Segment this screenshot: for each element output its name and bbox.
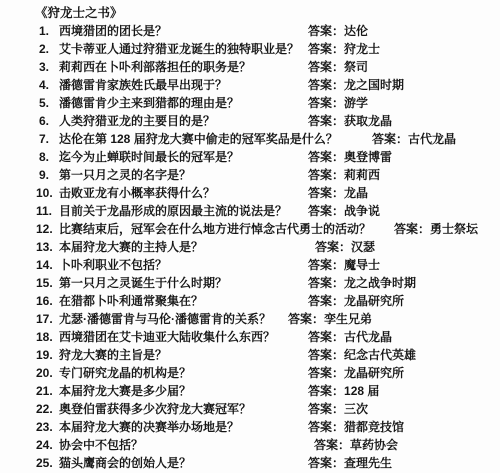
question-text: 比赛结束后，冠军会在什么地方进行悼念古代勇士的活动？	[59, 222, 371, 236]
answer: 答案：达伦	[308, 22, 368, 40]
answer: 答案：战争说	[308, 202, 380, 220]
answer-text: 猎都竞技馆	[344, 420, 404, 434]
question-number: 22.	[36, 400, 59, 418]
qa-row-9: 9.第一只月之灵的名字是？答案：莉莉西	[0, 166, 500, 184]
qa-row-16: 16.在猎都卜卟利通常聚集在？答案：龙晶研究所	[0, 292, 500, 310]
answer: 答案：草药协会	[314, 436, 398, 454]
answer-prefix: 答案：	[308, 276, 344, 290]
question-text: 人类狩猎亚龙的主要目的是？	[59, 114, 215, 128]
answer-prefix: 答案：	[315, 240, 351, 254]
answer: 答案：128 届	[308, 382, 379, 400]
answer-prefix: 答案：	[308, 96, 344, 110]
answer-text: 魔导士	[344, 258, 380, 272]
answer-prefix: 答案：	[308, 24, 344, 38]
answer-text: 古代龙晶	[408, 132, 456, 146]
answer-text: 三次	[344, 402, 368, 416]
qa-row-22: 22.奥登伯雷获得多少次狩龙大赛冠军？答案：三次	[0, 400, 500, 418]
answer-prefix: 答案：	[308, 150, 344, 164]
question-text: 专门研究龙晶的机构是？	[59, 366, 191, 380]
question-text: 奥登伯雷获得多少次狩龙大赛冠军？	[59, 402, 251, 416]
answer: 答案：纪念古代英雄	[308, 346, 416, 364]
question-text: 协会中不包括？	[59, 438, 143, 452]
answer-text: 游学	[344, 96, 368, 110]
question-text: 尤瑟·潘德雷肯与马伦·潘德雷肯的关系？	[59, 312, 271, 326]
answer-prefix: 答案：	[308, 348, 344, 362]
answer-prefix: 答案：	[308, 456, 344, 470]
answer-prefix: 答案：	[308, 402, 344, 416]
answer: 答案：勇士祭坛	[394, 220, 478, 238]
answer-text: 获取龙晶	[344, 114, 392, 128]
question-number: 11.	[36, 202, 59, 220]
question-number: 14.	[36, 256, 59, 274]
answer-text: 战争说	[344, 204, 380, 218]
answer-text: 128 届	[344, 384, 379, 398]
question-number: 18.	[36, 328, 59, 346]
answer-text: 查理先生	[344, 456, 392, 470]
question-text: 迄今为止蝉联时间最长的冠军是？	[59, 150, 239, 164]
answer-prefix: 答案：	[394, 222, 430, 236]
answer: 答案：龙晶研究所	[308, 292, 404, 310]
answer-text: 龙晶研究所	[344, 294, 404, 308]
answer-prefix: 答案：	[308, 168, 344, 182]
qa-row-18: 18.西境猎团在艾卡迪亚大陆收集什么东西？答案：古代龙晶	[0, 328, 500, 346]
question-text: 猫头鹰商会的创始人是？	[59, 456, 191, 470]
qa-row-21: 21.本届狩龙大赛是多少届？答案：128 届	[0, 382, 500, 400]
question-text: 第一只月之灵诞生于什么时期？	[59, 276, 227, 290]
question-text: 潘德雷肯少主来到猎都的理由是？	[59, 96, 239, 110]
answer-prefix: 答案：	[314, 438, 350, 452]
answer-text: 龙晶	[344, 186, 368, 200]
answer-text: 勇士祭坛	[430, 222, 478, 236]
qa-row-24: 24.协会中不包括？答案：草药协会	[0, 436, 500, 454]
answer-text: 孪生兄弟	[324, 312, 372, 326]
question-text: 在猎都卜卟利通常聚集在？	[59, 294, 203, 308]
answer-prefix: 答案：	[308, 420, 344, 434]
qa-row-2: 2.艾卡蒂亚人通过狩猎亚龙诞生的独特职业是？答案：狩龙士	[0, 40, 500, 58]
answer-prefix: 答案：	[308, 294, 344, 308]
question-text: 潘德雷肯家族姓氏最早出现于？	[59, 78, 227, 92]
question-number: 6.	[36, 112, 59, 130]
qa-row-8: 8.迄今为止蝉联时间最长的冠军是？答案：奥登博雷	[0, 148, 500, 166]
qa-row-5: 5.潘德雷肯少主来到猎都的理由是？答案：游学	[0, 94, 500, 112]
question-number: 5.	[36, 94, 59, 112]
answer: 答案：获取龙晶	[308, 112, 392, 130]
question-text: 狩龙大赛的主旨是？	[59, 348, 167, 362]
question-text: 莉莉西在卜卟利部落担任的职务是？	[59, 60, 251, 74]
question-number: 21.	[36, 382, 59, 400]
qa-row-1: 1.西境猎团的团长是？答案：达伦	[0, 22, 500, 40]
question-number: 13.	[36, 238, 59, 256]
answer-prefix: 答案：	[308, 78, 344, 92]
question-text: 本届狩龙大赛是多少届？	[59, 384, 191, 398]
answer: 答案：龙之国时期	[308, 76, 404, 94]
answer-text: 狩龙士	[344, 42, 380, 56]
question-text: 达伦在第 128 届狩龙大赛中偷走的冠军奖品是什么？	[59, 132, 338, 146]
answer-prefix: 答案：	[308, 258, 344, 272]
question-number: 3.	[36, 58, 59, 76]
question-text: 目前关于龙晶形成的原因最主流的说法是？	[59, 204, 287, 218]
qa-row-15: 15.第一只月之灵诞生于什么时期？答案：龙之战争时期	[0, 274, 500, 292]
answer: 答案：古代龙晶	[308, 328, 392, 346]
question-number: 17.	[36, 310, 59, 328]
answer-text: 汉瑟	[351, 240, 375, 254]
question-number: 4.	[36, 76, 59, 94]
answer-text: 祭司	[344, 60, 368, 74]
qa-row-13: 13.本届狩龙大赛的主持人是？答案：汉瑟	[0, 238, 500, 256]
answer-prefix: 答案：	[308, 60, 344, 74]
answer: 答案：狩龙士	[308, 40, 380, 58]
answer-text: 古代龙晶	[344, 330, 392, 344]
question-number: 16.	[36, 292, 59, 310]
question-text: 艾卡蒂亚人通过狩猎亚龙诞生的独特职业是？	[59, 42, 299, 56]
qa-row-3: 3.莉莉西在卜卟利部落担任的职务是？答案：祭司	[0, 58, 500, 76]
qa-row-19: 19.狩龙大赛的主旨是？答案：纪念古代英雄	[0, 346, 500, 364]
qa-row-4: 4.潘德雷肯家族姓氏最早出现于？答案：龙之国时期	[0, 76, 500, 94]
question-text: 本届狩龙大赛的主持人是？	[59, 240, 203, 254]
qa-row-14: 14.卜卟利职业不包括？答案：魔导士	[0, 256, 500, 274]
answer-prefix: 答案：	[308, 330, 344, 344]
question-number: 25.	[36, 454, 59, 472]
answer: 答案：三次	[308, 400, 368, 418]
page-title: 《狩龙士之书》	[35, 4, 500, 22]
qa-row-17: 17.尤瑟·潘德雷肯与马伦·潘德雷肯的关系？答案：孪生兄弟	[0, 310, 500, 328]
question-text: 击败亚龙有小概率获得什么？	[59, 186, 215, 200]
answer: 答案：孪生兄弟	[288, 310, 372, 328]
qa-row-7: 7.达伦在第 128 届狩龙大赛中偷走的冠军奖品是什么？答案：古代龙晶	[0, 130, 500, 148]
question-number: 12.	[36, 220, 59, 238]
question-text: 卜卟利职业不包括？	[59, 258, 167, 272]
answer: 答案：查理先生	[308, 454, 392, 472]
question-number: 24.	[36, 436, 59, 454]
answer: 答案：祭司	[308, 58, 368, 76]
qa-row-11: 11.目前关于龙晶形成的原因最主流的说法是？答案：战争说	[0, 202, 500, 220]
question-number: 20.	[36, 364, 59, 382]
qa-row-10: 10.击败亚龙有小概率获得什么？答案：龙晶	[0, 184, 500, 202]
answer-prefix: 答案：	[308, 204, 344, 218]
question-number: 1.	[36, 22, 59, 40]
answer-prefix: 答案：	[308, 186, 344, 200]
question-text: 西境猎团在艾卡迪亚大陆收集什么东西？	[59, 330, 275, 344]
answer: 答案：龙之战争时期	[308, 274, 416, 292]
answer: 答案：游学	[308, 94, 368, 112]
answer: 答案：汉瑟	[315, 238, 375, 256]
answer-prefix: 答案：	[308, 366, 344, 380]
question-number: 7.	[36, 130, 59, 148]
answer-text: 龙晶研究所	[344, 366, 404, 380]
answer: 答案：魔导士	[308, 256, 380, 274]
question-number: 9.	[36, 166, 59, 184]
answer-prefix: 答案：	[288, 312, 324, 326]
qa-list: 1.西境猎团的团长是？答案：达伦 2.艾卡蒂亚人通过狩猎亚龙诞生的独特职业是？答…	[0, 22, 500, 472]
answer-text: 龙之战争时期	[344, 276, 416, 290]
answer: 答案：龙晶	[308, 184, 368, 202]
answer-text: 草药协会	[350, 438, 398, 452]
qa-row-20: 20.专门研究龙晶的机构是？答案：龙晶研究所	[0, 364, 500, 382]
answer-text: 龙之国时期	[344, 78, 404, 92]
qa-row-12: 12.比赛结束后，冠军会在什么地方进行悼念古代勇士的活动？答案：勇士祭坛	[0, 220, 500, 238]
answer: 答案：龙晶研究所	[308, 364, 404, 382]
question-number: 15.	[36, 274, 59, 292]
answer-text: 奥登博雷	[344, 150, 392, 164]
answer: 答案：古代龙晶	[372, 130, 456, 148]
question-number: 8.	[36, 148, 59, 166]
answer-prefix: 答案：	[372, 132, 408, 146]
question-text: 本届狩龙大赛的决赛举办场地是？	[59, 420, 239, 434]
question-text: 西境猎团的团长是？	[59, 24, 167, 38]
question-number: 2.	[36, 40, 59, 58]
answer: 答案：奥登博雷	[308, 148, 392, 166]
question-number: 23.	[36, 418, 59, 436]
document-page: 《狩龙士之书》 1.西境猎团的团长是？答案：达伦 2.艾卡蒂亚人通过狩猎亚龙诞生…	[0, 4, 500, 473]
answer-text: 达伦	[344, 24, 368, 38]
answer: 答案：莉莉西	[308, 166, 380, 184]
answer: 答案：猎都竞技馆	[308, 418, 404, 436]
answer-text: 纪念古代英雄	[344, 348, 416, 362]
question-number: 10.	[36, 184, 59, 202]
answer-prefix: 答案：	[308, 114, 344, 128]
answer-text: 莉莉西	[344, 168, 380, 182]
question-number: 19.	[36, 346, 59, 364]
answer-prefix: 答案：	[308, 384, 344, 398]
qa-row-6: 6.人类狩猎亚龙的主要目的是？答案：获取龙晶	[0, 112, 500, 130]
qa-row-25: 25.猫头鹰商会的创始人是？答案：查理先生	[0, 454, 500, 472]
qa-row-23: 23.本届狩龙大赛的决赛举办场地是？答案：猎都竞技馆	[0, 418, 500, 436]
answer-prefix: 答案：	[308, 42, 344, 56]
question-text: 第一只月之灵的名字是？	[59, 168, 191, 182]
